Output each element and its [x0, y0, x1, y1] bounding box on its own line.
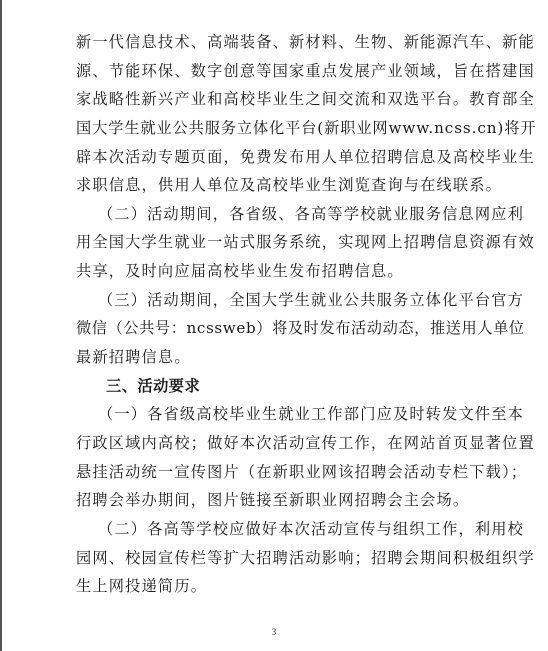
paragraph-line: 国大学生就业公共服务立体化平台(新职业网www.ncss.cn)将开	[76, 114, 486, 143]
paragraph-line: 最新招聘信息。	[76, 343, 486, 372]
paragraph-line: 新一代信息技术、高端装备、新材料、生物、新能源汽车、新能	[76, 28, 486, 57]
paragraph-line-req-2: （二）各高等学校应做好本次活动宣传与组织工作，利用校	[76, 515, 486, 544]
document-page: 新一代信息技术、高端装备、新材料、生物、新能源汽车、新能 源、节能环保、数字创意…	[76, 28, 486, 601]
paragraph-line: 共享，及时向应届高校毕业生发布招聘信息。	[76, 257, 486, 286]
page-left-border	[0, 0, 2, 651]
page-number: 3	[0, 627, 548, 637]
section-heading: 三、活动要求	[76, 372, 486, 401]
paragraph-line: 辟本次活动专题页面，免费发布用人单位招聘信息及高校毕业生	[76, 143, 486, 172]
paragraph-line: 用全国大学生就业一站式服务系统，实现网上招聘信息资源有效	[76, 228, 486, 257]
paragraph-line: 招聘会举办期间，图片链接至新职业网招聘会主会场。	[76, 486, 486, 515]
paragraph-line: 悬挂活动统一宣传图片（在新职业网该招聘会活动专栏下载）；	[76, 458, 486, 487]
paragraph-line: 家战略性新兴产业和高校毕业生之间交流和双选平台。教育部全	[76, 85, 486, 114]
paragraph-line-req-1: （一）各省级高校毕业生就业工作部门应及时转发文件至本	[76, 400, 486, 429]
paragraph-line: 源、节能环保、数字创意等国家重点发展产业领域，旨在搭建国	[76, 57, 486, 86]
paragraph-line: 生上网投递简历。	[76, 572, 486, 601]
paragraph-line-item-2: （二）活动期间，各省级、各高等学校就业服务信息网应利	[76, 200, 486, 229]
paragraph-line: 园网、校园宣传栏等扩大招聘活动影响；招聘会期间积极组织学	[76, 544, 486, 573]
paragraph-line-item-3: （三）活动期间，全国大学生就业公共服务立体化平台官方	[76, 286, 486, 315]
paragraph-line: 行政区域内高校；做好本次活动宣传工作，在网站首页显著位置	[76, 429, 486, 458]
paragraph-line: 微信（公共号：ncssweb）将及时发布活动动态，推送用人单位	[76, 314, 486, 343]
paragraph-line: 求职信息，供用人单位及高校毕业生浏览查询与在线联系。	[76, 171, 486, 200]
